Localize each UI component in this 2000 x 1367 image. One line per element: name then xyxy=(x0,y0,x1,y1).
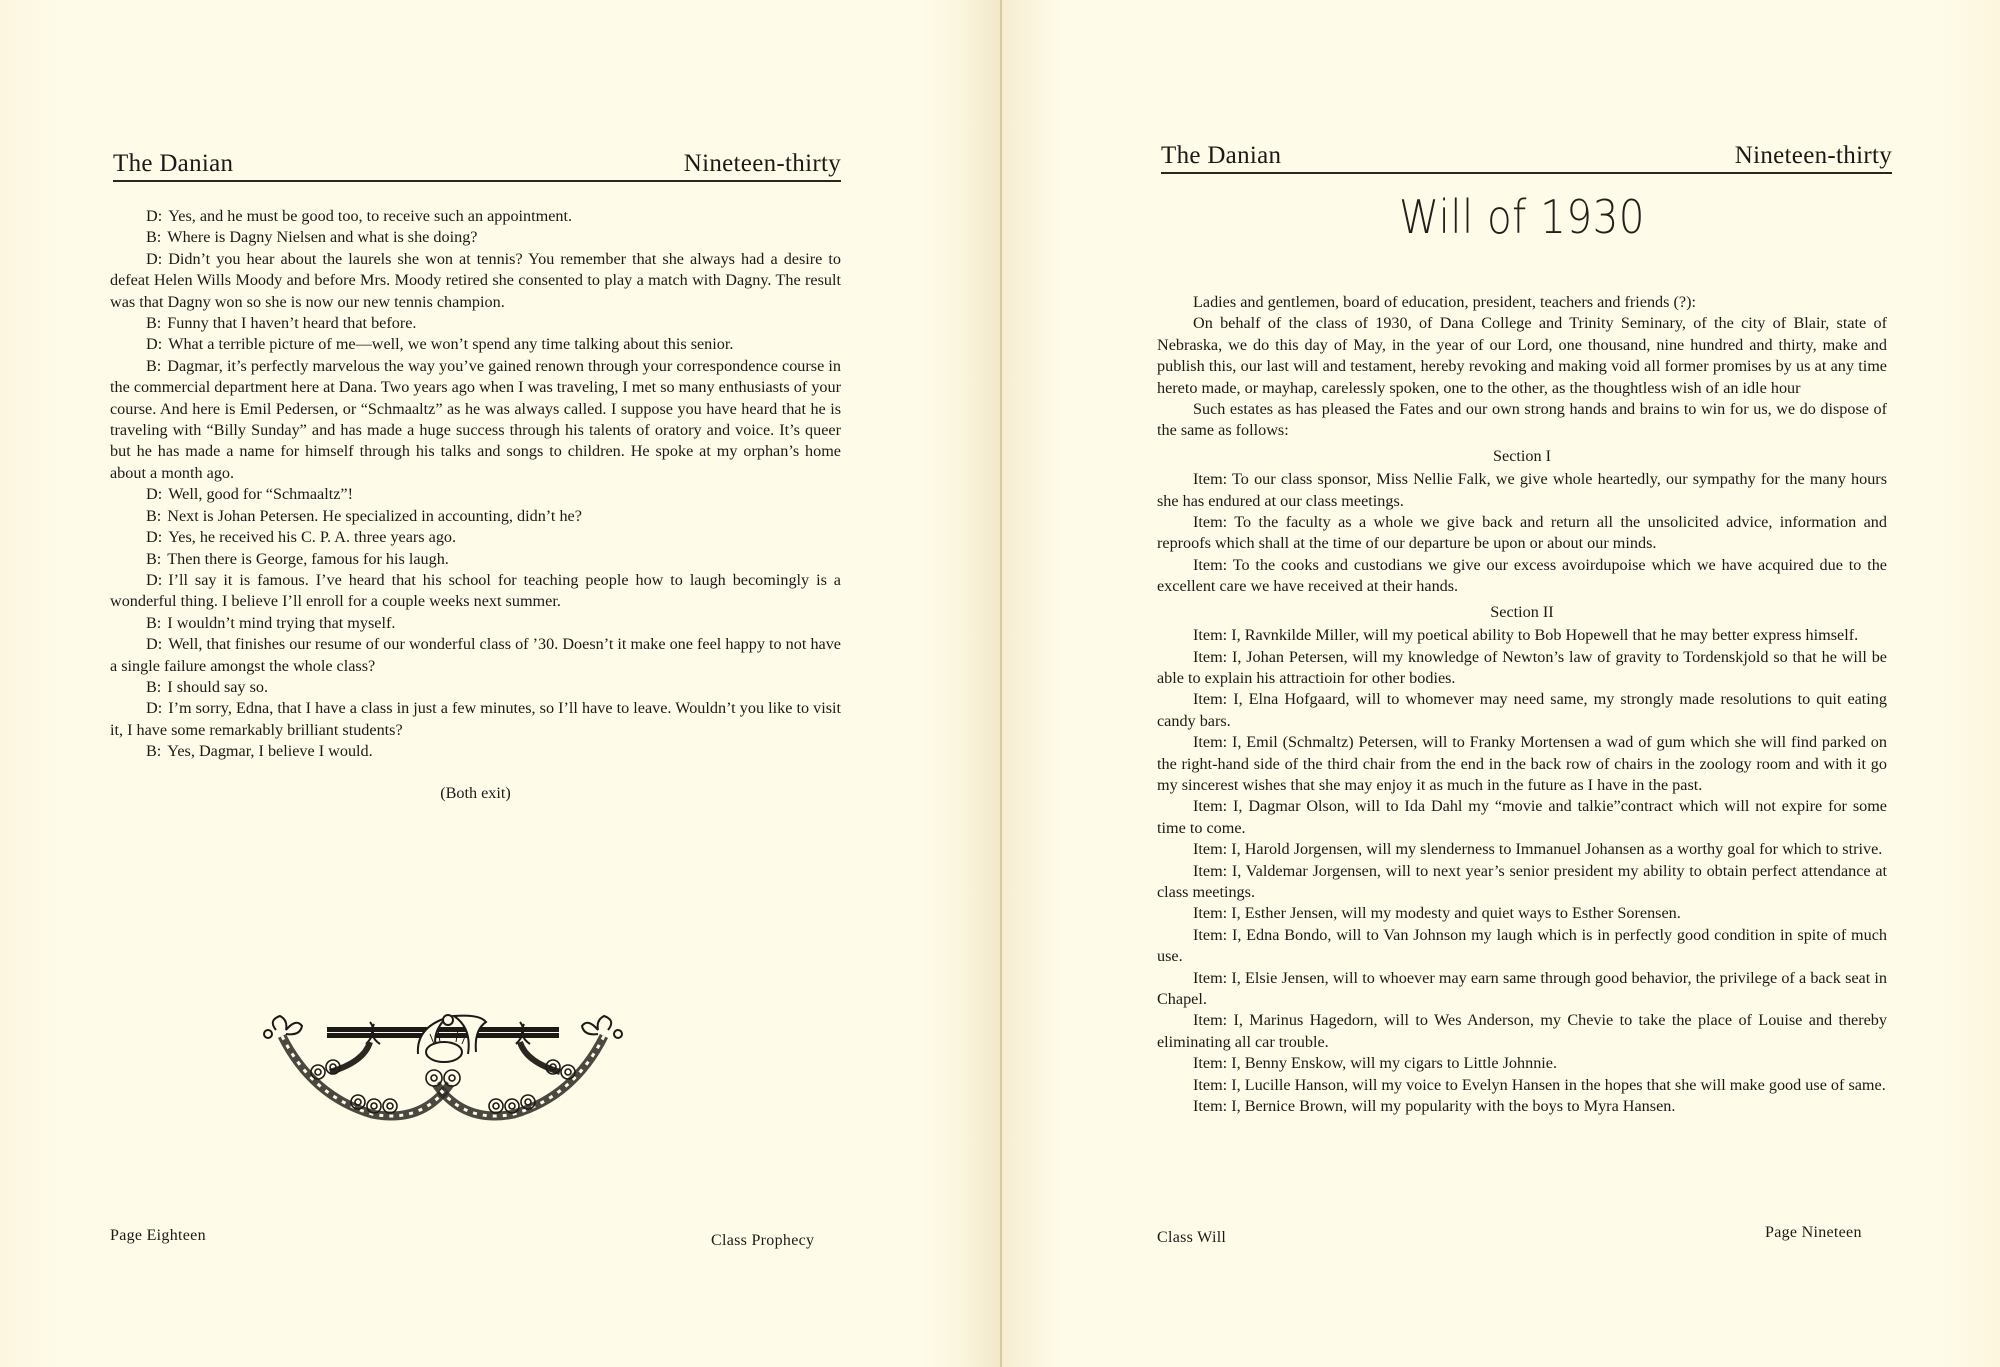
dialogue-text: What a terrible picture of me—well, we w… xyxy=(168,335,733,353)
dialogue-line: B:Then there is George, famous for his l… xyxy=(110,549,841,570)
dialogue-line: B:I wouldn’t mind trying that myself. xyxy=(110,613,841,634)
dialogue-text: Yes, he received his C. P. A. three year… xyxy=(168,528,456,546)
dialogue-line: D:What a terrible picture of me—well, we… xyxy=(110,334,841,355)
speaker-label: D: xyxy=(146,250,162,268)
dialogue-line: D:Didn’t you hear about the laurels she … xyxy=(110,249,841,313)
speaker-label: B: xyxy=(146,507,161,525)
dialogue-text: I’m sorry, Edna, that I have a class in … xyxy=(110,699,841,738)
left-page-header: The Danian Nineteen-thirty xyxy=(113,150,841,182)
dialogue-text: Then there is George, famous for his lau… xyxy=(167,550,449,568)
intro-paragraph: On behalf of the class of 1930, of Dana … xyxy=(1157,313,1887,399)
dialogue-line: B:Where is Dagny Nielsen and what is she… xyxy=(110,227,841,248)
will-item: Item: I, Benny Enskow, will my cigars to… xyxy=(1157,1053,1887,1074)
dialogue-text: I should say so. xyxy=(167,678,268,696)
dialogue-line: D:Yes, he received his C. P. A. three ye… xyxy=(110,527,841,548)
will-item: Item: I, Ravnkilde Miller, will my poeti… xyxy=(1157,625,1887,646)
dialogue-text: Didn’t you hear about the laurels she wo… xyxy=(110,250,841,311)
dialogue-text: Yes, and he must be good too, to receive… xyxy=(168,207,572,225)
will-item: Item: To our class sponsor, Miss Nellie … xyxy=(1157,469,1887,512)
will-item: Item: I, Esther Jensen, will my modesty … xyxy=(1157,903,1887,924)
dialogue-line: D:Well, good for “Schmaaltz”! xyxy=(110,484,841,505)
gutter-shadow xyxy=(960,0,1000,1367)
publication-title: The Danian xyxy=(113,150,233,178)
section-name: Class Will xyxy=(1157,1229,1226,1247)
speaker-label: B: xyxy=(146,357,161,375)
page-number: Page Eighteen xyxy=(110,1227,206,1245)
page-gutter xyxy=(1000,0,1002,1367)
will-item: Item: To the cooks and custodians we giv… xyxy=(1157,555,1887,598)
speaker-label: B: xyxy=(146,314,161,332)
section-name: Class Prophecy xyxy=(711,1232,814,1250)
dialogue-text: I’ll say it is famous. I’ve heard that h… xyxy=(110,571,841,610)
speaker-label: D: xyxy=(146,528,162,546)
class-will-text: Ladies and gentlemen, board of education… xyxy=(1157,292,1887,1117)
stage-direction: (Both exit) xyxy=(110,783,841,804)
will-item: Item: I, Valdemar Jorgensen, will to nex… xyxy=(1157,861,1887,904)
dialogue-text: Dagmar, it’s perfectly marvelous the way… xyxy=(110,357,841,482)
speaker-label: D: xyxy=(146,335,162,353)
speaker-label: B: xyxy=(146,678,161,696)
will-item: Item: To the faculty as a whole we give … xyxy=(1157,512,1887,555)
will-item: Item: I, Johan Petersen, will my knowled… xyxy=(1157,647,1887,690)
publication-title: The Danian xyxy=(1161,142,1281,170)
speaker-label: D: xyxy=(146,571,162,589)
speaker-label: D: xyxy=(146,485,162,503)
publication-year: Nineteen-thirty xyxy=(1735,142,1892,170)
dialogue-text: Next is Johan Petersen. He specialized i… xyxy=(167,507,582,525)
intro-paragraph: Such estates as has pleased the Fates an… xyxy=(1157,399,1887,442)
dialogue-text: Well, that finishes our resume of our wo… xyxy=(110,635,841,674)
speaker-label: D: xyxy=(146,207,162,225)
speaker-label: B: xyxy=(146,228,161,246)
left-page: The Danian Nineteen-thirty D:Yes, and he… xyxy=(0,0,1000,1367)
speaker-label: B: xyxy=(146,614,161,632)
will-item: Item: I, Lucille Hanson, will my voice t… xyxy=(1157,1075,1887,1096)
section-heading: Section I xyxy=(1157,446,1887,467)
dialogue-line: B:Yes, Dagmar, I believe I would. xyxy=(110,741,841,762)
dialogue-text: Yes, Dagmar, I believe I would. xyxy=(167,742,372,760)
right-page-header: The Danian Nineteen-thirty xyxy=(1161,142,1892,174)
will-item: Item: I, Dagmar Olson, will to Ida Dahl … xyxy=(1157,796,1887,839)
page-number: Page Nineteen xyxy=(1765,1224,1862,1242)
prophecy-dialogue: D:Yes, and he must be good too, to recei… xyxy=(110,206,841,804)
dialogue-line: B:Funny that I haven’t heard that before… xyxy=(110,313,841,334)
will-item: Item: I, Emil (Schmaltz) Petersen, will … xyxy=(1157,732,1887,796)
right-page: The Danian Nineteen-thirty Will of 1930 … xyxy=(1000,0,2000,1367)
will-item: Item: I, Elsie Jensen, will to whoever m… xyxy=(1157,968,1887,1011)
publication-year: Nineteen-thirty xyxy=(684,150,841,178)
will-item: Item: I, Harold Jorgensen, will my slend… xyxy=(1157,839,1887,860)
will-item: Item: I, Marinus Hagedorn, will to Wes A… xyxy=(1157,1010,1887,1053)
section-heading: Section II xyxy=(1157,602,1887,623)
will-item: Item: I, Elna Hofgaard, will to whomever… xyxy=(1157,689,1887,732)
dialogue-line: D:Yes, and he must be good too, to recei… xyxy=(110,206,841,227)
dialogue-line: B:Next is Johan Petersen. He specialized… xyxy=(110,506,841,527)
dialogue-line: D:I’ll say it is famous. I’ve heard that… xyxy=(110,570,841,613)
dialogue-text: Well, good for “Schmaaltz”! xyxy=(168,485,353,503)
garland-dove-ornament-icon xyxy=(258,1012,628,1124)
dialogue-line: D:Well, that finishes our resume of our … xyxy=(110,634,841,677)
dialogue-text: Funny that I haven’t heard that before. xyxy=(167,314,416,332)
speaker-label: B: xyxy=(146,742,161,760)
will-item: Item: I, Bernice Brown, will my populari… xyxy=(1157,1096,1887,1117)
will-item: Item: I, Edna Bondo, will to Van Johnson… xyxy=(1157,925,1887,968)
speaker-label: B: xyxy=(146,550,161,568)
dialogue-text: I wouldn’t mind trying that myself. xyxy=(167,614,395,632)
page-title: Will of 1930 xyxy=(1201,190,1843,244)
speaker-label: D: xyxy=(146,699,162,717)
dialogue-line: B:Dagmar, it’s perfectly marvelous the w… xyxy=(110,356,841,484)
speaker-label: D: xyxy=(146,635,162,653)
dialogue-line: B:I should say so. xyxy=(110,677,841,698)
dialogue-line: D:I’m sorry, Edna, that I have a class i… xyxy=(110,698,841,741)
intro-paragraph: Ladies and gentlemen, board of education… xyxy=(1157,292,1887,313)
dialogue-text: Where is Dagny Nielsen and what is she d… xyxy=(167,228,477,246)
